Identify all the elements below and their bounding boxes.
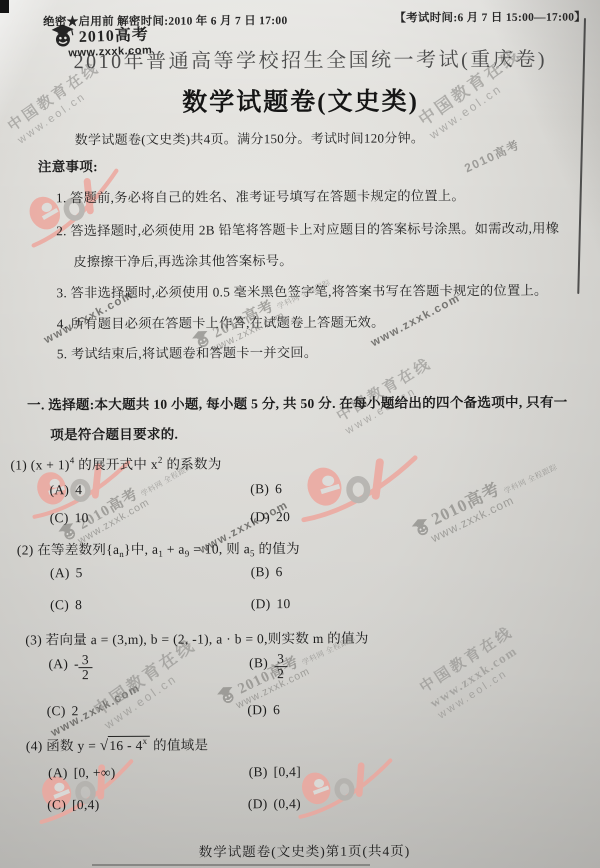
option-d: (D)6: [247, 702, 280, 717]
notice-item-5: 5. 考试结束后,将试题卷和答题卡一并交回。: [57, 342, 318, 362]
zxxk-watermark: 2010高考学科网 全程跟踪 www.zxxk.com: [408, 452, 565, 551]
notice-item-4: 4. 所有题目必须在答题卡上作答,在试题卷上答题无效。: [57, 312, 385, 333]
question-3: (3) 若向量 a = (3,m), b = (2, -1), a · b = …: [0, 0, 600, 2]
option-a: (A)[0, +∞): [48, 764, 245, 781]
exam-title: 2010年普通高等学校招生全国统一考试(重庆卷): [30, 42, 590, 74]
q1-stem-text: (1) (x + 1): [10, 457, 69, 472]
header-left-text: 绝密★启用前 解密时间:2010 年 6 月 7 日 17:00: [43, 12, 287, 29]
notice-item-2-cont: 皮擦擦干净后,再选涂其他答案标号。: [73, 250, 293, 270]
option-b: (B)6: [250, 481, 282, 496]
scan-bottom-line: [92, 864, 370, 866]
question-2-stem: (2) 在等差数列{an}中, a1 + a9 = 10, 则 a5 的值为: [17, 537, 300, 559]
option-b: (B)6: [251, 564, 283, 579]
option-b: (B)32: [249, 655, 287, 670]
exam-content: 绝密★启用前 解密时间:2010 年 6 月 7 日 17:00 【考试时间:6…: [0, 0, 600, 2]
question-4: (4) 函数 y = √16 - 4x 的值域是 (A)[0, +∞) (B)[…: [0, 0, 600, 2]
option-d: (D)20: [250, 509, 290, 524]
q1-stem-text: 的展开式中 x: [74, 457, 157, 472]
question-3-stem: (3) 若向量 a = (3,m), b = (2, -1), a · b = …: [25, 627, 368, 649]
option-c: (C)10: [50, 509, 247, 526]
eol-watermark: 中国教育在线 www.zxxk.com www.eol.cn: [417, 623, 534, 723]
zxxk-brand-fragment: 2010高考: [461, 136, 522, 177]
scanned-exam-page: 绝密★启用前 解密时间:2010 年 6 月 7 日 17:00 【考试时间:6…: [0, 0, 600, 868]
scan-corner-mark: [0, 0, 9, 13]
question-1-stem: (1) (x + 1)4 的展开式中 x2 的系数为: [10, 452, 221, 473]
option-b: (B)[0,4]: [249, 764, 301, 779]
option-d: (D)(0,4): [248, 796, 301, 811]
fraction: 32: [274, 652, 287, 681]
option-c: (C)2: [47, 702, 244, 719]
eol-logo-icon: [31, 749, 142, 833]
option-a: (A)-32: [48, 652, 245, 682]
option-a: (A)4: [50, 481, 247, 498]
option-d: (D)10: [251, 596, 291, 611]
section-heading-line1: 一. 选择题:本大题共 10 小题, 每小题 5 分, 共 50 分. 在每小题…: [27, 391, 568, 414]
notice-item-3: 3. 答非选择题时,必须使用 0.5 毫米黑色签字笔,将答案书写在答题卡规定的位…: [56, 280, 547, 302]
question-2: (2) 在等差数列{an}中, a1 + a9 = 10, 则 a5 的值为 (…: [0, 0, 600, 2]
option-c: (C)8: [50, 596, 247, 613]
header-right-text: 【考试时间:6 月 7 日 15:00—17:00】: [394, 9, 586, 26]
q1-stem-text: 的系数为: [163, 456, 222, 471]
option-c: (C)[0,4): [47, 796, 244, 813]
fraction: 32: [79, 653, 92, 682]
question-4-stem: (4) 函数 y = √16 - 4x 的值域是: [26, 733, 209, 755]
page-title: 数学试题卷(文史类): [0, 80, 600, 119]
radicand: 16 - 4x: [108, 736, 149, 753]
eol-logo-icon: [291, 453, 426, 524]
eol-logo-icon: [292, 749, 399, 827]
page-footer: 数学试题卷(文史类)第1页(共4页): [4, 838, 600, 861]
notice-item-2: 2. 答选择题时,必须使用 2B 铅笔将答题卡上对应题目的答案标号涂黑。如需改动…: [56, 218, 559, 240]
section-heading-line2: 项是符合题目要求的.: [50, 423, 178, 444]
question-1: (1) (x + 1)4 的展开式中 x2 的系数为 (A)4 (B)6 (C)…: [0, 0, 600, 2]
notice-item-1: 1. 答题前,务必将自己的姓名、准考证号填写在答题卡规定的位置上。: [56, 185, 465, 206]
option-a: (A)5: [50, 564, 247, 581]
graduation-mascot-icon: [408, 513, 435, 540]
zxxk-url-watermark: www.zxxk.com: [427, 639, 526, 711]
paper-meta: 数学试题卷(文史类)共4页。满分150分。考试时间120分钟。: [75, 127, 425, 148]
notice-heading: 注意事项:: [38, 155, 98, 175]
